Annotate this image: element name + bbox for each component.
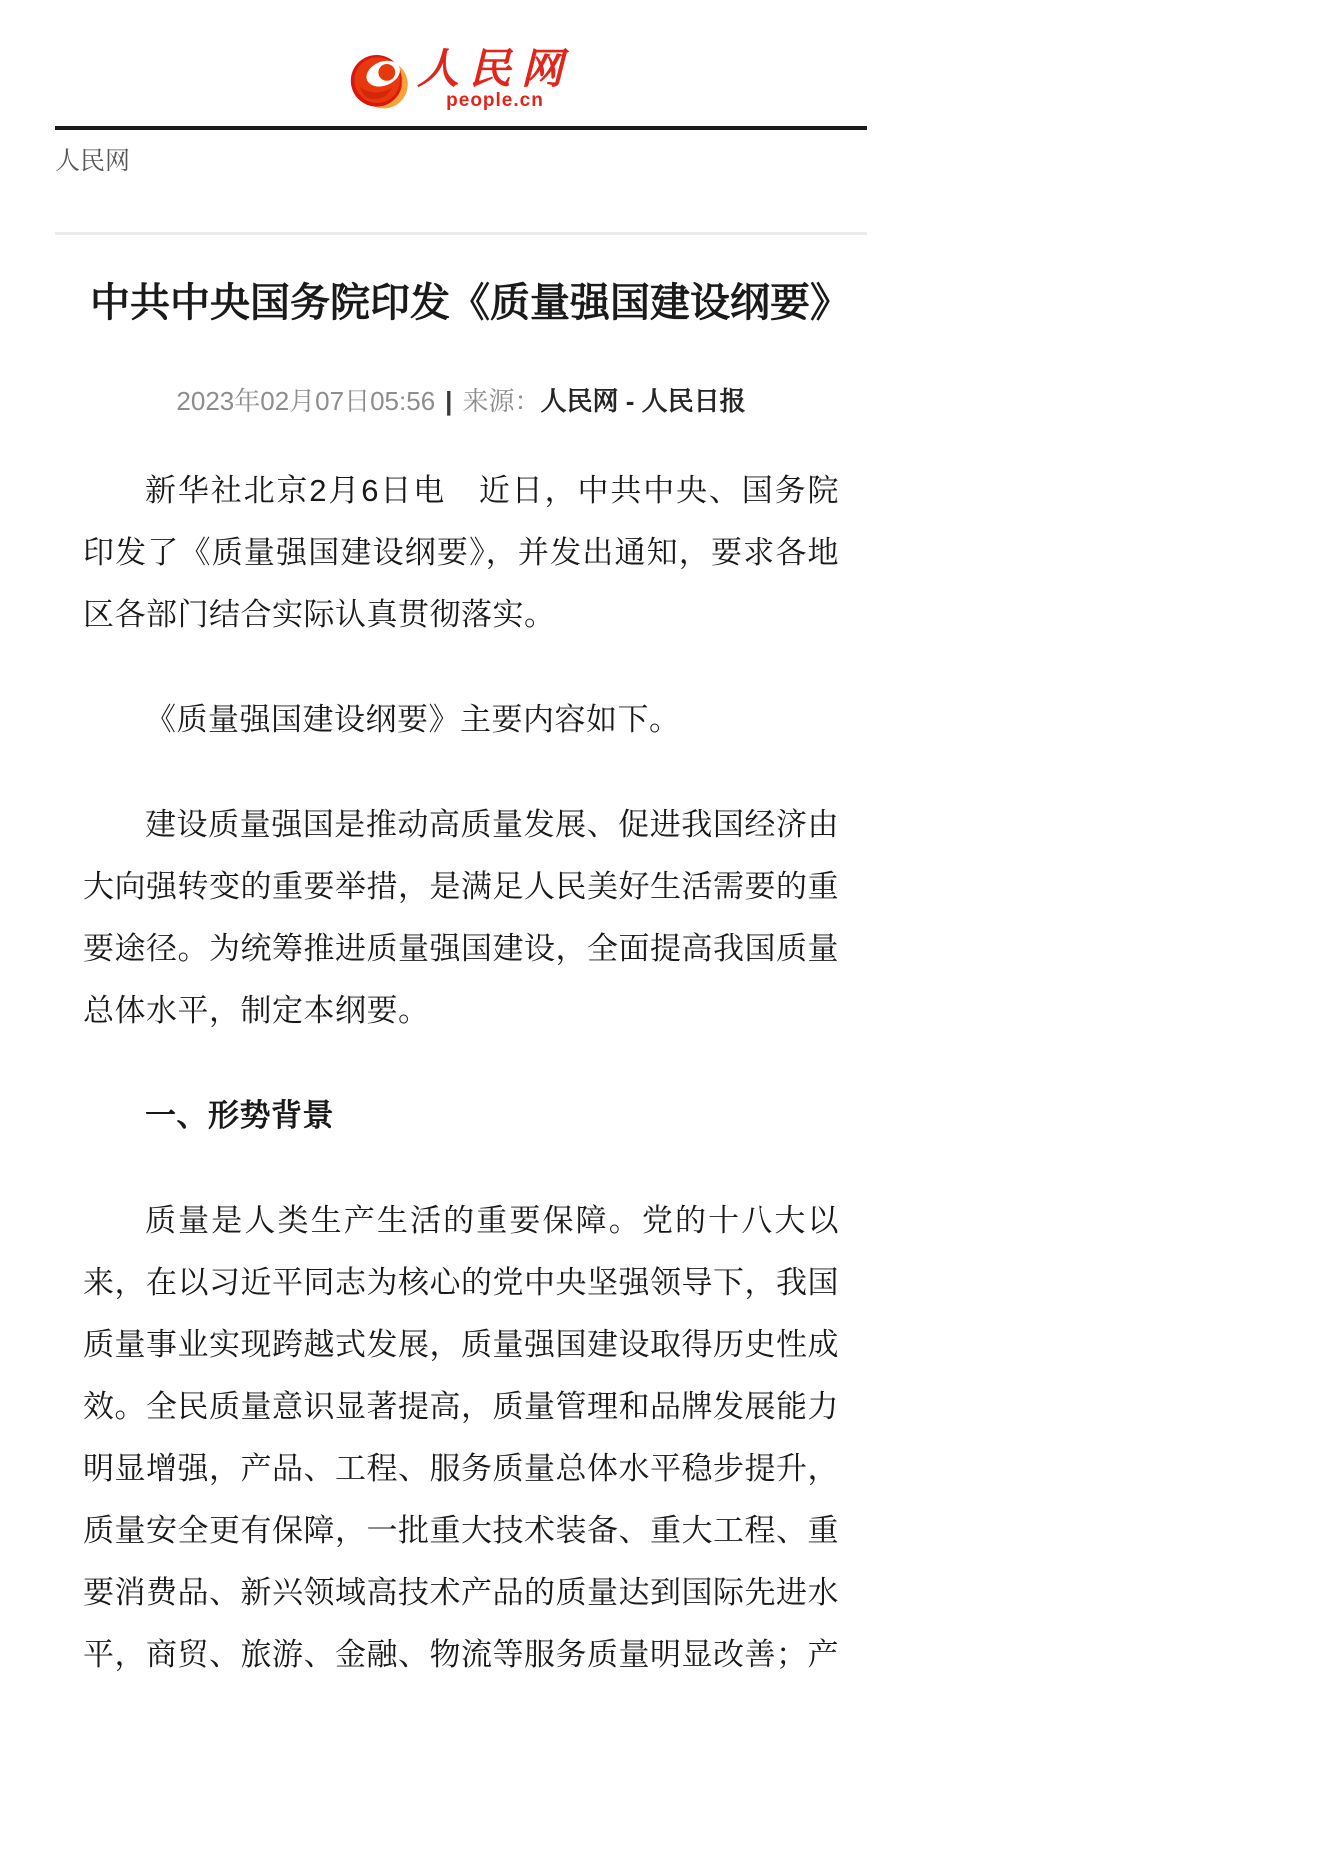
article-body: 新华社北京2月6日电 近日，中共中央、国务院印发了《质量强国建设纲要》，并发出通… [83, 460, 839, 1686]
section-heading: 一、形势背景 [83, 1085, 839, 1147]
article: 中共中央国务院印发《质量强国建设纲要》 2023年02月07日05:56|来源：… [55, 263, 867, 1686]
breadcrumb: 人民网 [55, 146, 867, 176]
site-header: 人民网 people.cn [55, 0, 867, 114]
people-cn-flame-icon [349, 50, 409, 114]
source-link[interactable]: 人民网 - 人民日报 [540, 386, 745, 416]
breadcrumb-link-people[interactable]: 人民网 [55, 147, 130, 175]
logo-wordmark: 人民网 [417, 46, 573, 92]
article-paragraph: 《质量强国建设纲要》主要内容如下。 [83, 689, 839, 751]
people-cn-logo[interactable]: 人民网 people.cn [349, 46, 573, 114]
article-meta: 2023年02月07日05:56|来源：人民网 - 人民日报 [83, 385, 839, 417]
article-title: 中共中央国务院印发《质量强国建设纲要》 [90, 263, 832, 343]
meta-separator: | [445, 386, 452, 416]
article-paragraph: 新华社北京2月6日电 近日，中共中央、国务院印发了《质量强国建设纲要》，并发出通… [83, 460, 839, 646]
publish-datetime: 2023年02月07日05:56 [176, 386, 435, 416]
breadcrumb-divider [55, 232, 867, 235]
source-label: 来源： [462, 386, 540, 416]
page-container: 人民网 people.cn 人民网 中共中央国务院印发《质量强国建设纲要》 20… [55, 0, 867, 1686]
article-paragraph: 建设质量强国是推动高质量发展、促进我国经济由大向强转变的重要举措，是满足人民美好… [83, 794, 839, 1042]
logo-domain-text: people.cn [446, 90, 544, 112]
header-divider [55, 126, 867, 130]
article-paragraph: 质量是人类生产生活的重要保障。党的十八大以来，在以习近平同志为核心的党中央坚强领… [83, 1190, 839, 1686]
